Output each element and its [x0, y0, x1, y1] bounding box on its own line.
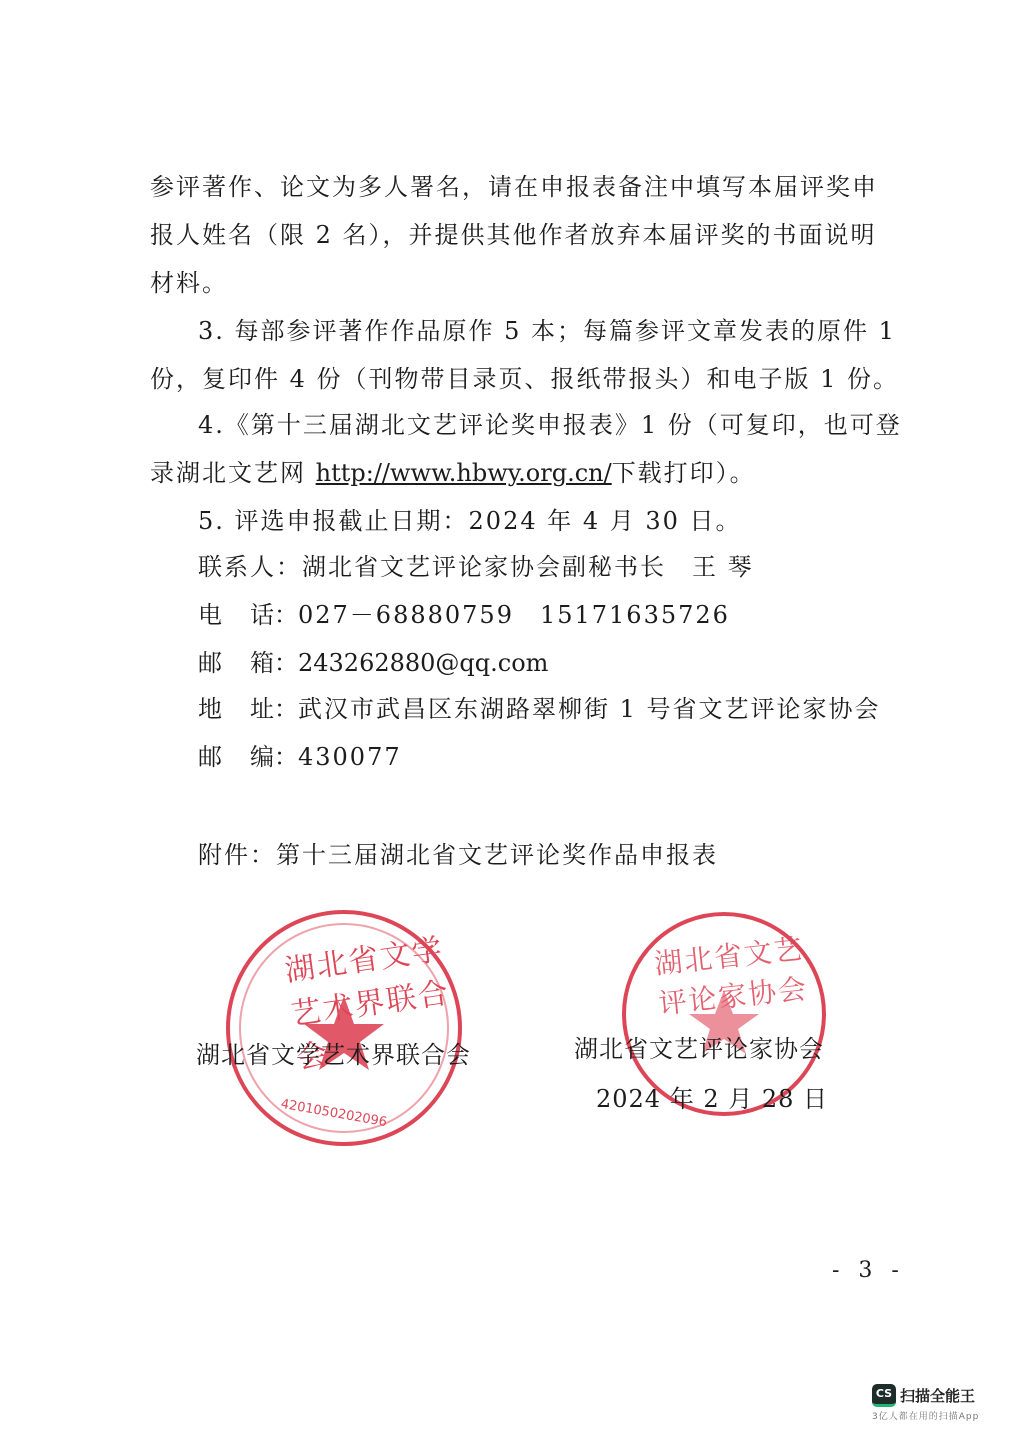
- signature-date: 2024 年 2 月 28 日: [596, 1084, 828, 1114]
- body-line-3: 材料。: [150, 268, 228, 298]
- item-4-prefix: 录湖北文艺网: [150, 459, 316, 487]
- left-official-seal: 湖北省文学艺术界联合会 4201050202096: [226, 910, 462, 1146]
- contact-phone: 电话：027－68880759 15171635726: [198, 600, 730, 630]
- watermark-tagline: 3亿人都在用的扫描App: [872, 1409, 979, 1422]
- item-4-line-1: 4.《第十三届湖北文艺评论奖申报表》1 份（可复印，也可登: [198, 410, 902, 440]
- email-label: 邮箱：: [198, 648, 298, 678]
- item-5-deadline: 5. 评选申报截止日期：2024 年 4 月 30 日。: [198, 506, 742, 536]
- phone-value: 027－68880759 15171635726: [298, 601, 730, 629]
- address-label: 地址：: [198, 694, 298, 724]
- phone-label: 电话：: [198, 600, 298, 630]
- item-3-line-2: 份，复印件 4 份（刊物带目录页、报纸带报头）和电子版 1 份。: [150, 364, 899, 394]
- watermark-app-name: 扫描全能王: [900, 1385, 975, 1406]
- address-value: 武汉市武昌区东湖路翠柳街 1 号省文艺评论家协会: [298, 695, 881, 723]
- item-3-line-1: 3. 每部参评著作作品原作 5 本；每篇参评文章发表的原件 1: [198, 316, 896, 346]
- signature-right-org: 湖北省文艺评论家协会: [574, 1034, 824, 1064]
- camscanner-logo-icon: CS: [872, 1384, 896, 1407]
- body-line-2: 报人姓名（限 2 名），并提供其他作者放弃本届评奖的书面说明: [150, 220, 877, 250]
- scanner-watermark: CS扫描全能王 3亿人都在用的扫描App: [872, 1384, 979, 1422]
- contact-email: 邮箱：243262880@qq.com: [198, 648, 548, 678]
- postcode-label: 邮编：: [198, 742, 298, 772]
- website-link[interactable]: http://www.hbwy.org.cn/: [316, 459, 612, 487]
- page-number: - 3 -: [832, 1258, 905, 1283]
- contact-person-label: 联系人：: [198, 553, 302, 581]
- item-4-suffix: 下载打印）。: [612, 459, 756, 487]
- contact-person-value: 湖北省文艺评论家协会副秘书长 王 琴: [302, 553, 754, 581]
- postcode-value: 430077: [298, 743, 402, 771]
- contact-person: 联系人：湖北省文艺评论家协会副秘书长 王 琴: [198, 552, 754, 582]
- item-4-line-2: 录湖北文艺网 http://www.hbwy.org.cn/下载打印）。: [150, 458, 756, 488]
- contact-postcode: 邮编：430077: [198, 742, 402, 772]
- body-line-1: 参评著作、论文为多人署名，请在申报表备注中填写本届评奖申: [150, 172, 878, 202]
- email-value: 243262880@qq.com: [298, 649, 548, 677]
- contact-address: 地址：武汉市武昌区东湖路翠柳街 1 号省文艺评论家协会: [198, 694, 881, 724]
- signature-left-org: 湖北省文学艺术界联合会: [196, 1040, 471, 1070]
- attachment-note: 附件：第十三届湖北省文艺评论奖作品申报表: [198, 840, 718, 870]
